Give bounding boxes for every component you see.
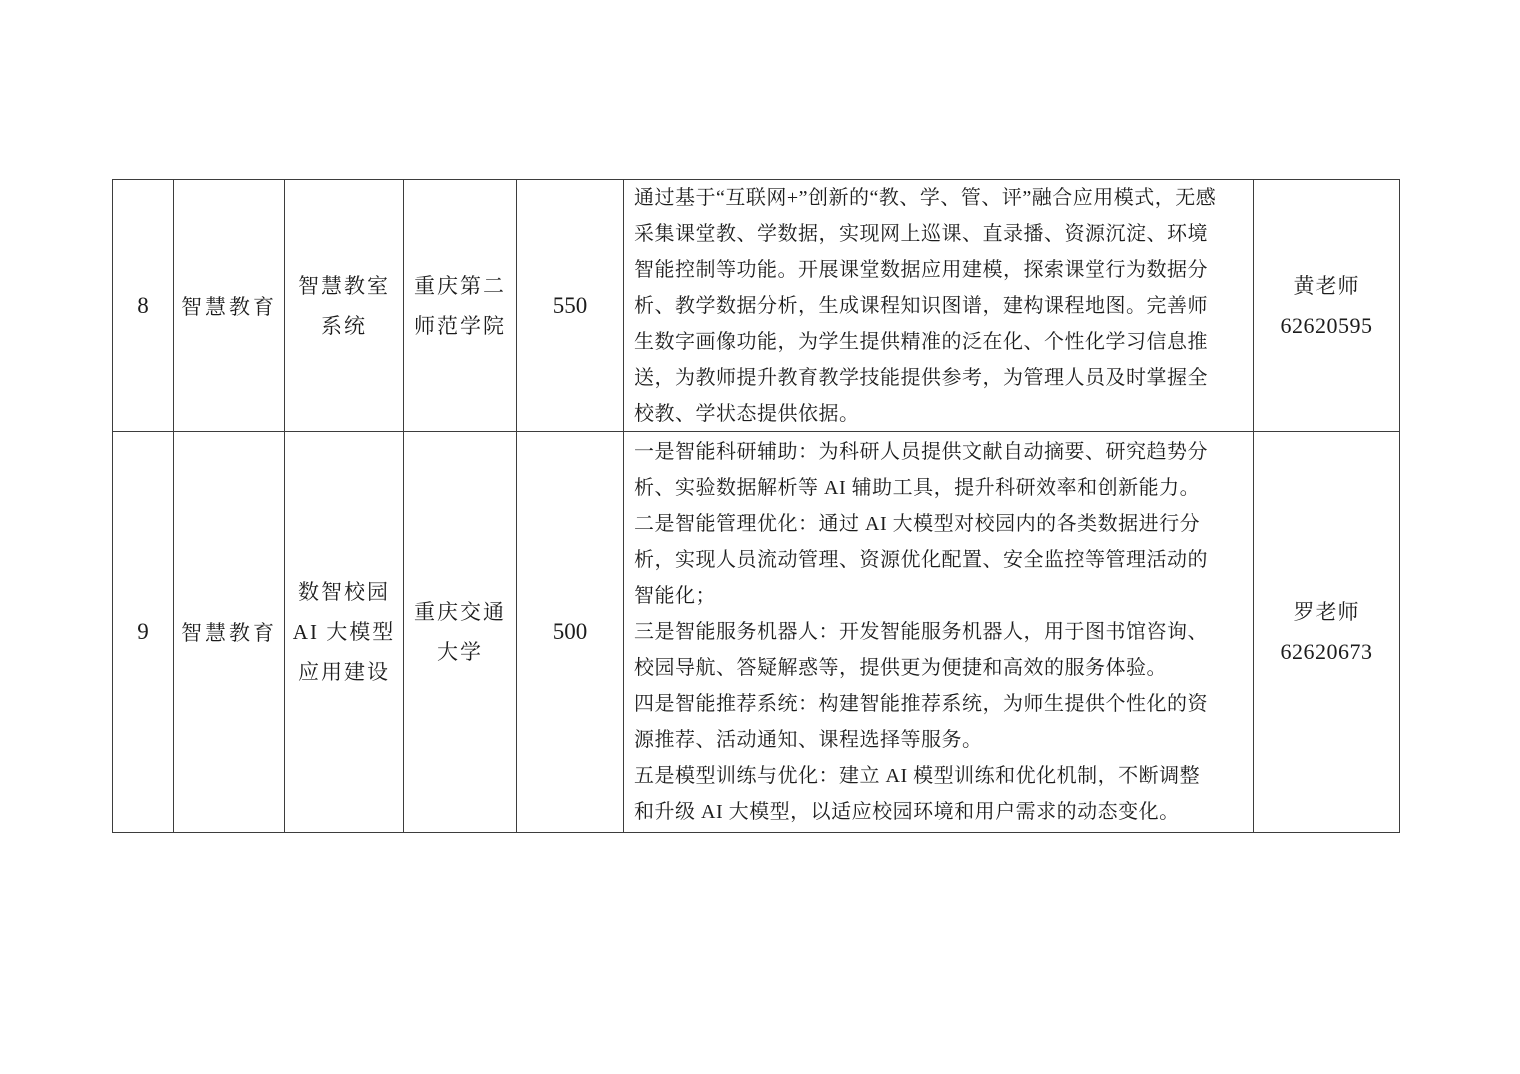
contact-phone: 62620673 [1281,632,1373,672]
cell-description: 通过基于“互联网+”创新的“教、学、管、评”融合应用模式，无感 采集课堂教、学数… [624,180,1254,431]
cell-project-name: 智慧教室 系统 [285,180,404,431]
cell-category: 智慧教育 [174,432,285,832]
contact-name: 罗老师 [1294,592,1360,632]
cell-contact: 罗老师 62620673 [1254,432,1399,832]
project-table: 8 智慧教育 智慧教室 系统 重庆第二 师范学院 550 通过基于“互联网+”创… [112,179,1400,833]
contact-name: 黄老师 [1294,266,1360,306]
cell-institution: 重庆第二 师范学院 [404,180,517,431]
table-row-9: 9 智慧教育 数智校园 AI 大模型 应用建设 重庆交通 大学 500 一是智能… [113,432,1399,832]
cell-category: 智慧教育 [174,180,285,431]
contact-phone: 62620595 [1281,306,1373,346]
cell-contact: 黄老师 62620595 [1254,180,1399,431]
table-row-8: 8 智慧教育 智慧教室 系统 重庆第二 师范学院 550 通过基于“互联网+”创… [113,180,1399,432]
cell-description: 一是智能科研辅助：为科研人员提供文献自动摘要、研究趋势分 析、实验数据解析等 A… [624,432,1254,832]
cell-amount: 500 [517,432,624,832]
cell-amount: 550 [517,180,624,431]
cell-row-number: 9 [113,432,174,832]
document-page: 8 智慧教育 智慧教室 系统 重庆第二 师范学院 550 通过基于“互联网+”创… [0,0,1520,1074]
cell-row-number: 8 [113,180,174,431]
cell-institution: 重庆交通 大学 [404,432,517,832]
cell-project-name: 数智校园 AI 大模型 应用建设 [285,432,404,832]
